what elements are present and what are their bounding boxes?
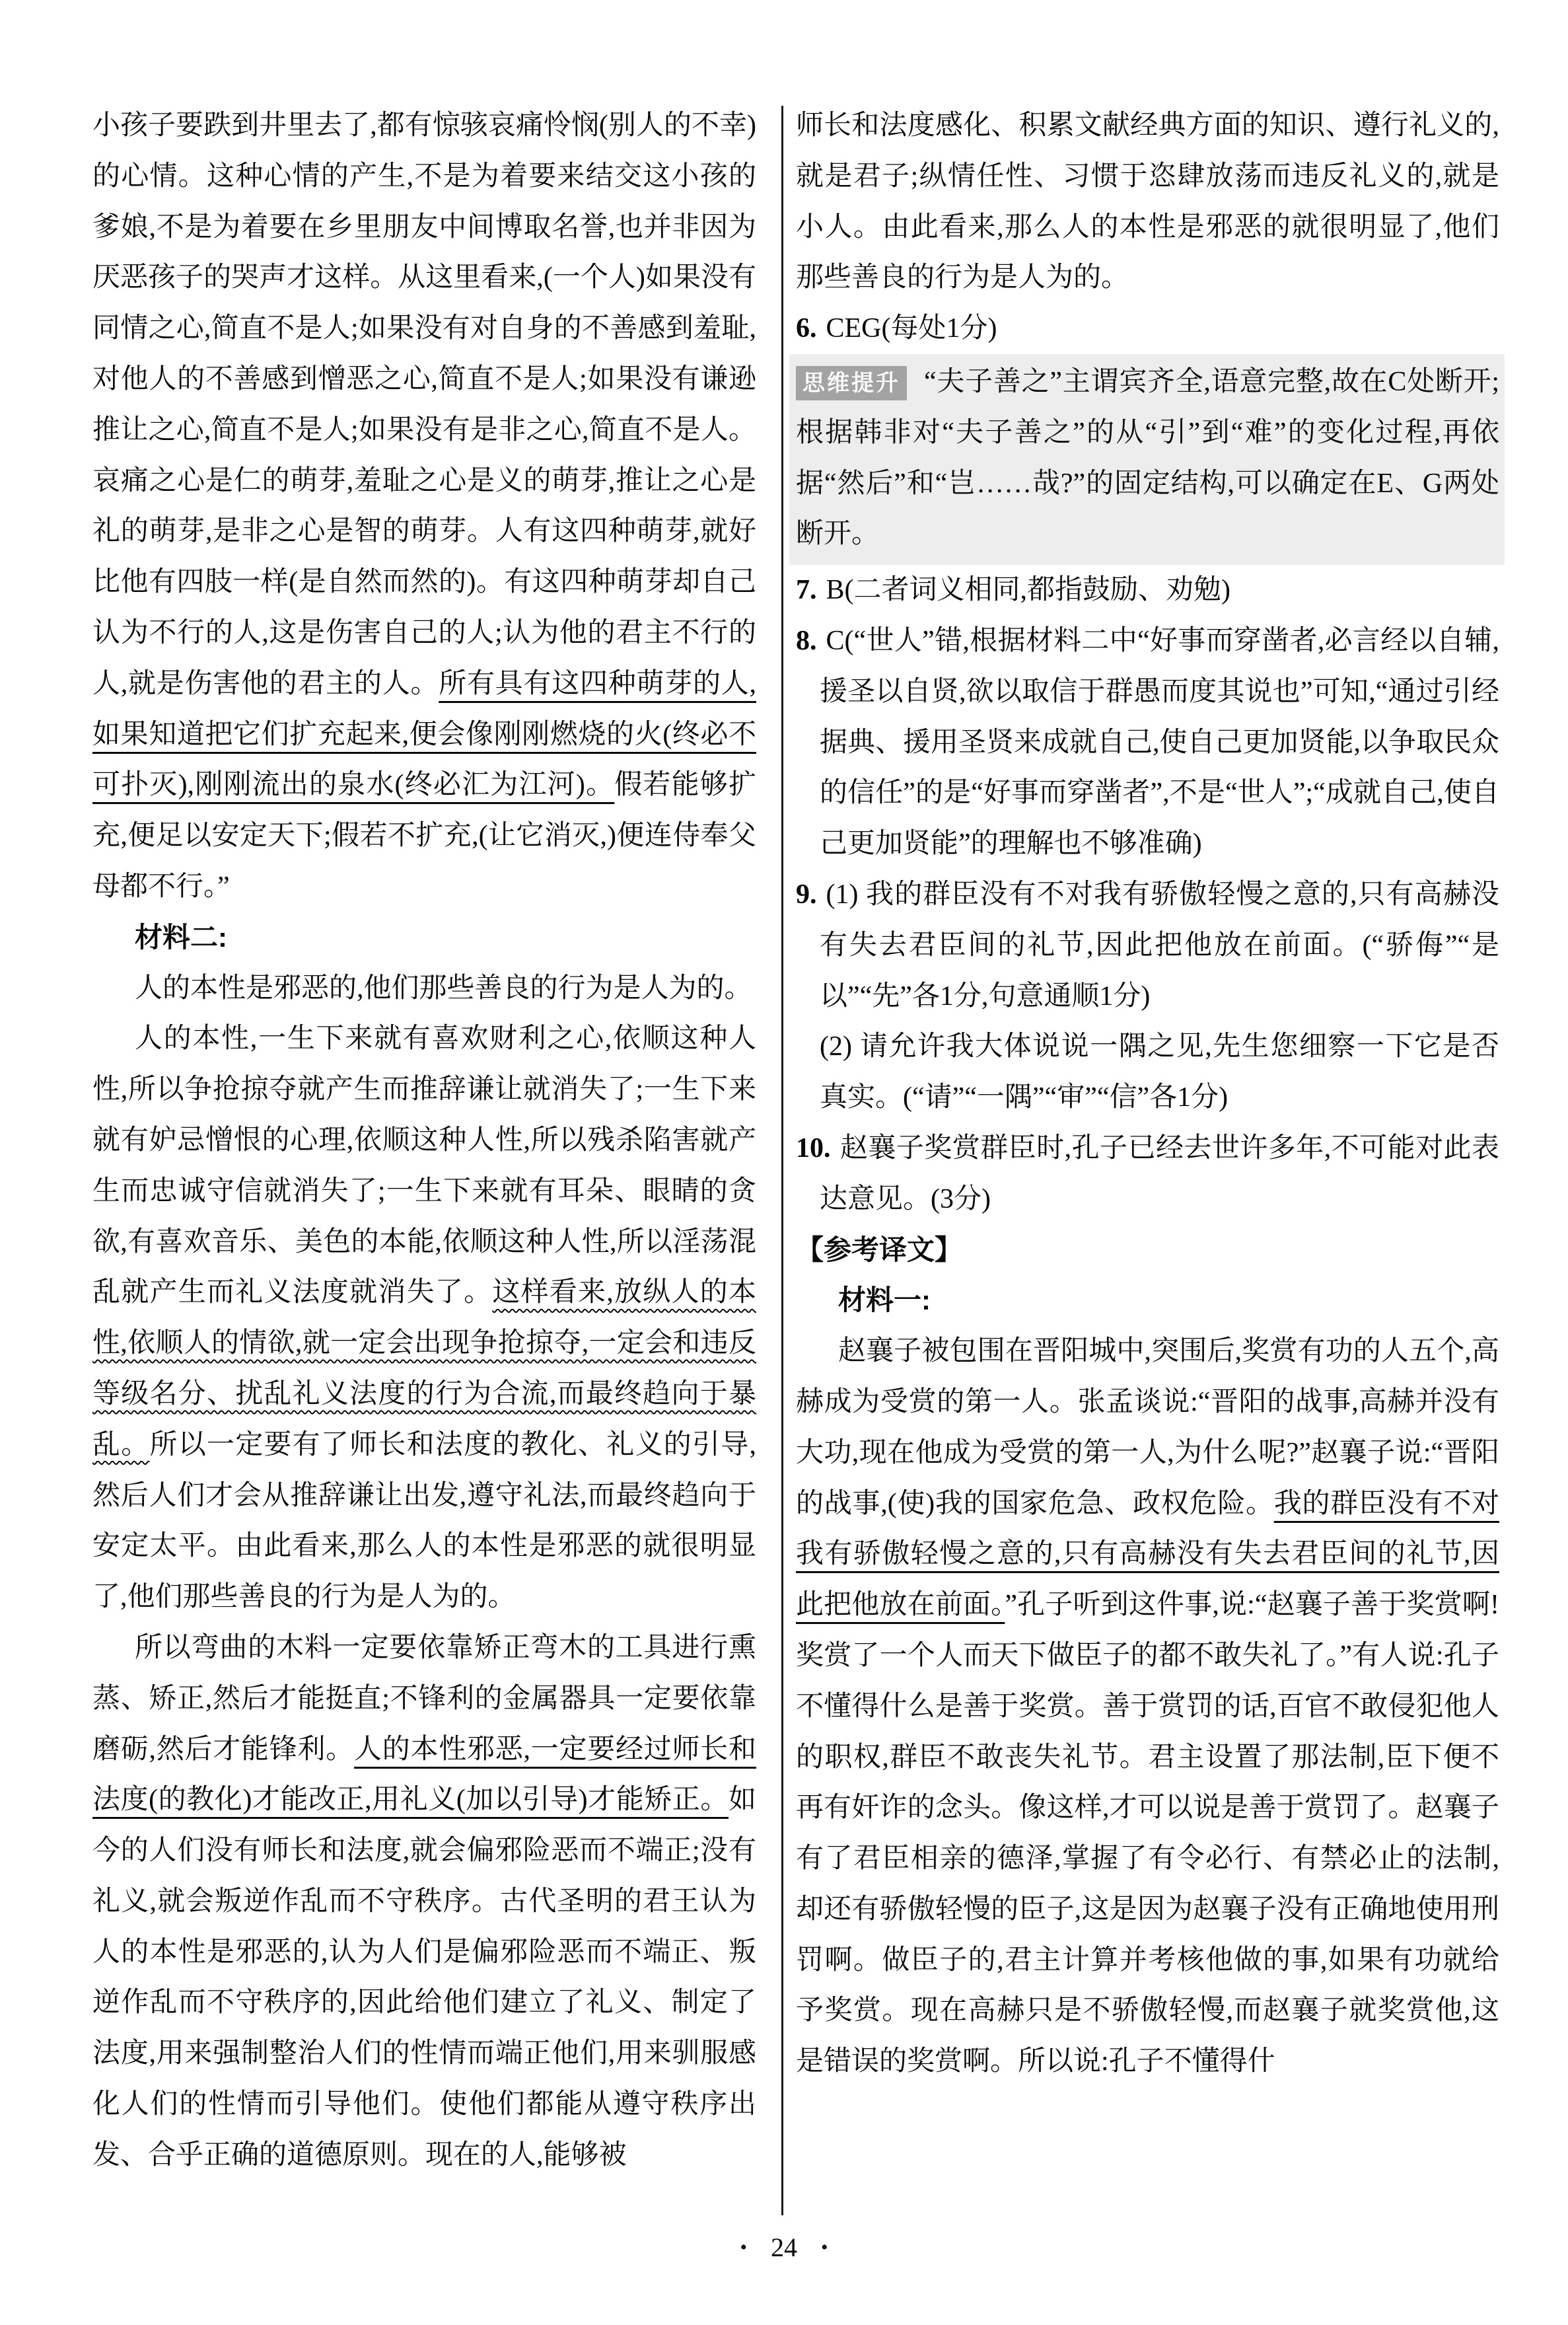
answer-item: 8.C(“世人”错,根据材料二中“好事而穿凿者,必言经以自辅,援圣以自贤,欲以取… [796,616,1499,869]
column-divider [781,106,783,2215]
left-column: 小孩子要跌到井里去了,都有惊骇哀痛怜悯(别人的不幸)的心情。这种心情的产生,不是… [92,100,756,2181]
answer-number: 6. [796,313,817,344]
paragraph: 人的本性,一生下来就有喜欢财利之心,依顺这种人性,所以争抢掠夺就产生而推辞谦让就… [92,1014,756,1623]
paragraph: 小孩子要跌到井里去了,都有惊骇哀痛怜悯(别人的不幸)的心情。这种心情的产生,不是… [92,100,756,912]
footer-dot-left: • [740,2236,747,2259]
page: 小孩子要跌到井里去了,都有惊骇哀痛怜悯(别人的不幸)的心情。这种心情的产生,不是… [0,0,1568,2325]
right-column: 师长和法度感化、积累文献经典方面的知识、遵行礼义的,就是君子;纵情任性、习惯于恣… [796,100,1499,2087]
text-segment: 所以一定要有了师长和法度的教化、礼义的引导,然后人们才会从推辞谦让出发,遵守礼法… [92,1430,756,1612]
section-heading: 材料一: [796,1275,1499,1326]
text-segment: 赵襄子奖赏群臣时,孔子已经去世许多年,不可能对此表达意见。(3分) [820,1133,1499,1214]
text-segment: C(“世人”错,根据材料二中“好事而穿凿者,必言经以自辅,援圣以自贤,欲以取信于… [820,626,1499,859]
text-segment: 师长和法度感化、积累文献经典方面的知识、遵行礼义的,就是君子;纵情任性、习惯于恣… [796,110,1499,293]
text-segment: (1) 我的群臣没有不对我有骄傲轻慢之意的,只有高赫没有失去君臣间的礼节,因此把… [820,879,1499,1012]
text-segment: CEG(每处1分) [826,313,997,344]
tip-box: 思维提升“夫子善之”主谓宾齐全,语意完整,故在C处断开;根据韩非对“夫子善之”的… [789,354,1505,565]
paragraph: 师长和法度感化、积累文献经典方面的知识、遵行礼义的,就是君子;纵情任性、习惯于恣… [796,100,1499,303]
page-footer: • 24 • [0,2232,1568,2263]
section-heading: 材料二: [92,912,756,963]
answer-number: 8. [796,626,817,656]
text-segment: 人的本性是邪恶的,他们那些善良的行为是人为的。 [135,973,752,1004]
answer-item: 7.B(二者词义相同,都指鼓励、劝勉) [796,565,1499,616]
tip-box-label: 思维提升 [796,366,907,400]
text-segment: ”孔子听到这件事,说:“赵襄子善于奖赏啊! 奖赏了一个人而天下做臣子的都不敢失礼… [796,1590,1499,2077]
text-segment: 人的本性,一生下来就有喜欢财利之心,依顺这种人性,所以争抢掠夺就产生而推辞谦让就… [92,1023,756,1308]
text-segment: 小孩子要跌到井里去了,都有惊骇哀痛怜悯(别人的不幸)的心情。这种心情的产生,不是… [92,110,756,699]
answer-number: 10. [796,1133,831,1163]
answer-item: 6.CEG(每处1分) [796,303,1499,354]
paragraph: 赵襄子被包围在晋阳城中,突围后,奖赏有功的人五个,高赫成为受赏的第一人。张孟谈说… [796,1326,1499,2087]
text-segment: 如今的人们没有师长和法度,就会偏邪险恶而不端正;没有礼义,就会叛逆作乱而不守秩序… [92,1785,756,2170]
footer-dot-right: • [821,2236,828,2259]
sub-answer: (2) 请允许我大体说说一隅之见,先生您细察一下它是否真实。(“请”“一隅”“审… [820,1021,1499,1123]
answer-number: 7. [796,575,817,605]
page-number: 24 [771,2232,797,2263]
answer-number: 9. [796,879,817,910]
text-segment: B(二者词义相同,都指鼓励、劝勉) [826,575,1231,605]
paragraph: 人的本性是邪恶的,他们那些善良的行为是人为的。 [92,963,756,1014]
answer-item: 10.赵襄子奖赏群臣时,孔子已经去世许多年,不可能对此表达意见。(3分) [796,1123,1499,1225]
text-segment: (2) 请允许我大体说说一隅之见,先生您细察一下它是否真实。(“请”“一隅”“审… [820,1031,1499,1113]
answer-item: 9.(1) 我的群臣没有不对我有骄傲轻慢之意的,只有高赫没有失去君臣间的礼节,因… [796,869,1499,1021]
paragraph: 所以弯曲的木料一定要依靠矫正弯木的工具进行熏蒸、矫正,然后才能挺直;不锋利的金属… [92,1623,756,2181]
reference-translation-heading: 【参考译文】 [796,1225,1499,1276]
